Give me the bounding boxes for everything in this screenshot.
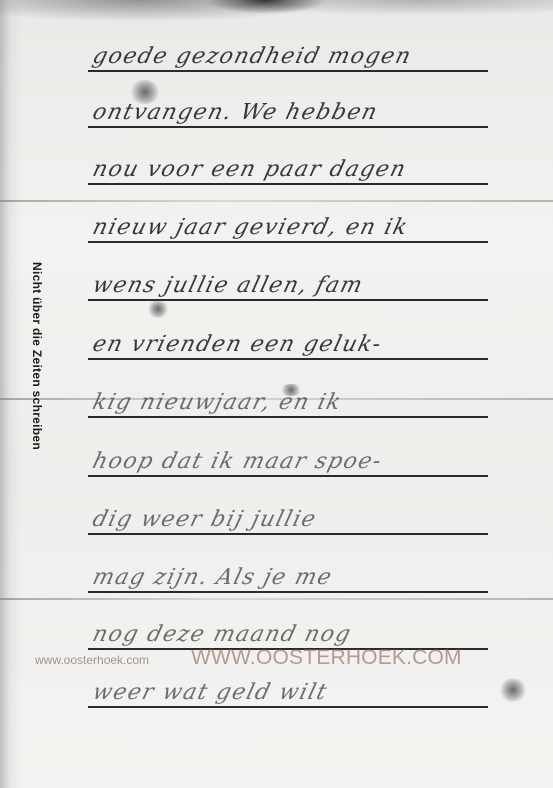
ruled-line	[88, 706, 488, 708]
handwritten-line: mag zijn. Als je me	[90, 565, 496, 590]
handwritten-line: goede gezondheid mogen	[90, 44, 496, 69]
ruled-line	[88, 533, 488, 535]
handwritten-line: en vrienden een geluk-	[90, 332, 496, 357]
handwritten-line: dig weer bij jullie	[90, 507, 496, 532]
watermark-small: www.oosterhoek.com	[35, 653, 149, 667]
ruled-line	[88, 358, 488, 360]
ruled-line	[88, 70, 488, 72]
ruled-line	[88, 416, 488, 418]
ruled-line	[88, 299, 488, 301]
handwritten-line: weer wat geld wilt	[90, 680, 496, 705]
handwritten-line: nog deze maand nog	[90, 622, 496, 647]
ruled-line	[88, 591, 488, 593]
handwritten-line: hoop dat ik maar spoe-	[90, 449, 496, 474]
side-note-vertical: Nicht über die Zeiten schreiben	[30, 262, 44, 450]
ink-stain	[148, 300, 168, 318]
handwritten-line: nieuw jaar gevierd, en ik	[90, 215, 496, 240]
ink-stain	[500, 678, 526, 702]
ruled-line	[88, 126, 488, 128]
handwritten-line: wens jullie allen, fam	[90, 273, 496, 298]
paper-fold	[0, 598, 553, 600]
handwritten-line: ontvangen. We hebben	[90, 100, 496, 125]
handwritten-line: nou voor een paar dagen	[90, 157, 496, 182]
watermark-large: WWW.OOSTERHOEK.COM	[191, 646, 462, 670]
ruled-line	[88, 475, 488, 477]
ruled-line	[88, 183, 488, 185]
ruled-line	[88, 241, 488, 243]
letter-page: Nicht über die Zeiten schreiben goede ge…	[0, 0, 553, 788]
handwritten-line: kig nieuwjaar, en ik	[90, 390, 496, 415]
paper-fold	[0, 200, 553, 202]
